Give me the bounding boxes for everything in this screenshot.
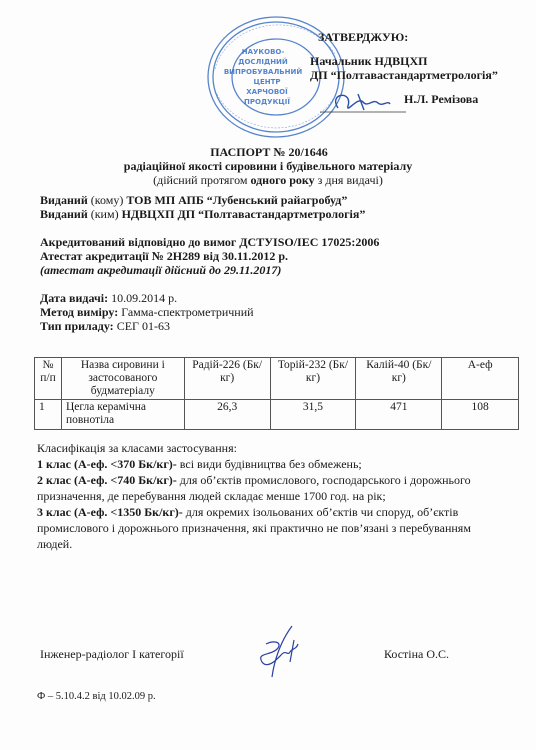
header-aeff: А-еф	[442, 358, 519, 400]
class-3: 3 клас (А-еф. <1350 Бк/кг)- для окремих …	[37, 504, 507, 552]
accreditation-standard: Акредитований відповідно до вимог ДСТУIS…	[40, 235, 379, 249]
svg-text:НАУКОВО-: НАУКОВО-	[242, 48, 285, 56]
class-1: 1 клас (А-еф. <370 Бк/кг)- всі види буді…	[37, 456, 507, 472]
document-title-block: ПАСПОРТ № 20/1646 радіаційної якості сир…	[0, 145, 536, 187]
engineer-position: Інженер-радіолог І категорії	[40, 647, 184, 662]
header-material: Назва сировини і застосованого будматері…	[61, 358, 184, 400]
svg-text:ВИПРОБУВАЛЬНИЙ: ВИПРОБУВАЛЬНИЙ	[224, 67, 302, 76]
cell-number: 1	[35, 400, 62, 430]
form-code: Ф – 5.10.4.2 від 10.02.09 р.	[37, 691, 156, 702]
svg-text:ЦЕНТР: ЦЕНТР	[253, 78, 280, 86]
issued-to: Виданий (кому) ТОВ МП АПБ “Лубенський ра…	[40, 193, 347, 207]
cell-radium: 26,3	[184, 400, 270, 430]
cell-thorium: 31,5	[270, 400, 356, 430]
classification-block: Класифікація за класами застосування: 1 …	[37, 440, 507, 552]
approver-signature	[318, 88, 418, 116]
accreditation-certificate: Атестат акредитації № 2Н289 від 30.11.20…	[40, 249, 288, 263]
classification-heading: Класифікація за класами застосування:	[37, 440, 507, 456]
accreditation-validity: (атестат акредитації дійсний до 29.11.20…	[40, 263, 281, 277]
validity-note: (дійсний протягом одного року з дня вида…	[0, 173, 536, 187]
header-radium: Радій-226 (Бк/кг)	[184, 358, 270, 400]
table-header-row: № п/п Назва сировини і застосованого буд…	[35, 358, 519, 400]
engineer-signature	[252, 622, 312, 682]
header-potassium: Калій-40 (Бк/кг)	[356, 358, 442, 400]
table-row: 1 Цегла керамічна повнотіла 26,3 31,5 47…	[35, 400, 519, 430]
cell-material: Цегла керамічна повнотіла	[61, 400, 184, 430]
engineer-name: Костіна О.С.	[384, 647, 449, 662]
approver-name: Н.Л. Ремізова	[404, 92, 498, 106]
svg-text:ПРОДУКЦІЇ: ПРОДУКЦІЇ	[244, 97, 290, 106]
issue-date: Дата видачі: 10.09.2014 р.	[40, 291, 177, 305]
approver-position: Начальник НДВЦХП	[310, 54, 498, 68]
header-thorium: Торій-232 (Бк/кг)	[270, 358, 356, 400]
svg-text:ДОСЛІДНИЙ: ДОСЛІДНИЙ	[238, 57, 288, 66]
measurement-method: Метод виміру: Гамма-спектрометричний	[40, 305, 254, 319]
passport-subtitle: радіаційної якості сировини і будівельно…	[0, 159, 536, 173]
header-number: № п/п	[35, 358, 62, 400]
radiation-results-table: № п/п Назва сировини і застосованого буд…	[34, 357, 519, 430]
class-2: 2 клас (А-еф. <740 Бк/кг)- для об’єктів …	[37, 472, 507, 504]
cell-potassium: 471	[356, 400, 442, 430]
approver-organization: ДП “Полтавастандартметрологія”	[310, 68, 498, 82]
passport-number: ПАСПОРТ № 20/1646	[2, 145, 536, 159]
svg-text:ХАРЧОВОЇ: ХАРЧОВОЇ	[246, 87, 288, 96]
device-type: Тип приладу: СЕГ 01-63	[40, 319, 170, 333]
cell-aeff: 108	[442, 400, 519, 430]
approval-heading: ЗАТВЕРДЖУЮ:	[318, 30, 498, 44]
issued-by: Виданий (ким) НДВЦХП ДП “Полтавастандарт…	[40, 207, 365, 221]
